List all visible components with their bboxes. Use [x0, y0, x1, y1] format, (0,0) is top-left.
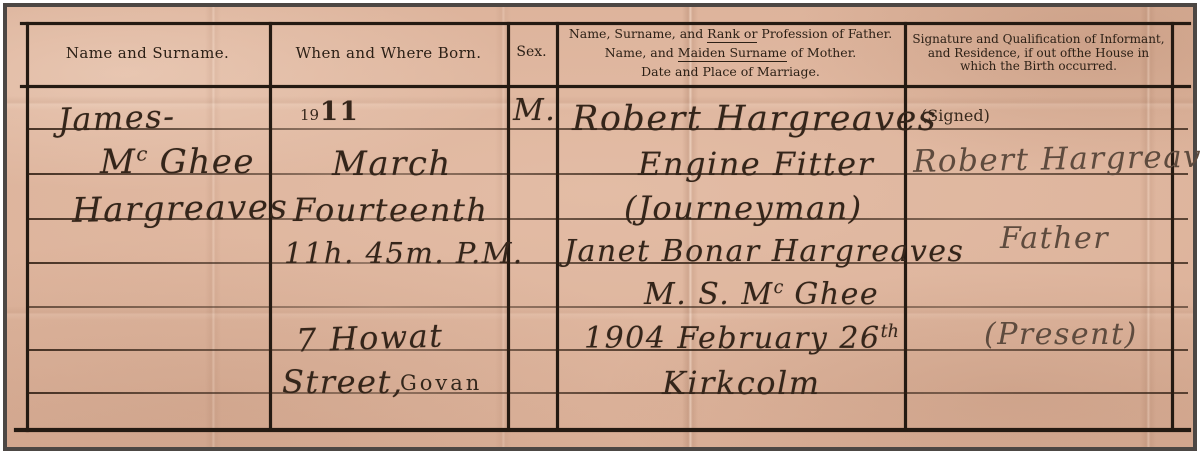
header-parents-line2-post: of Mother.: [787, 45, 856, 60]
header-parents-line1-underlined: Rank or: [707, 26, 757, 43]
maiden-prefix: M. S. M: [644, 277, 774, 312]
year-prefix-printed: 19: [300, 106, 319, 124]
entry-marriage-date: 1904 February 26th: [584, 321, 899, 356]
marriage-date-main: 1904 February 26: [584, 321, 881, 356]
entry-sex: M.: [513, 93, 556, 128]
header-when-where-born-label: When and Where Born.: [296, 44, 482, 62]
table-bottom-border: [14, 428, 1191, 432]
header-name-surname: Name and Surname.: [26, 44, 269, 62]
entry-father-occupation-note: (Journeyman): [624, 189, 863, 227]
informant-signature: Robert Hargreaves: [913, 138, 1200, 180]
entry-father-name: Robert Hargreaves: [572, 99, 937, 139]
column-divider: [904, 22, 907, 430]
entry-middle-name-rest: Ghee: [147, 142, 255, 182]
entry-middle-name: Mc Ghee: [100, 142, 255, 182]
entry-mother-name: Janet Bonar Hargreaves: [564, 234, 964, 269]
birth-register-scan: Name and Surname. When and Where Born. S…: [0, 0, 1200, 453]
header-parents-line3: Date and Place of Marriage.: [557, 62, 904, 81]
header-parents-line2-pre: Name, and: [605, 45, 678, 60]
header-parents: Name, Surname, and Rank or Profession of…: [557, 24, 904, 81]
column-divider: [507, 22, 510, 430]
signed-label-printed: (Signed): [921, 106, 990, 125]
entry-birth-month: March: [332, 144, 452, 184]
entry-father-occupation: Engine Fitter: [638, 145, 874, 183]
entry-forename: James-: [57, 97, 176, 139]
header-sex: Sex.: [507, 44, 556, 60]
entry-mother-maiden-surname: M. S. Mc Ghee: [644, 277, 879, 312]
marriage-date-sup: th: [881, 322, 899, 342]
header-informant-line2: and Residence, if out ofthe House in: [905, 47, 1172, 61]
header-parents-line1: Name, Surname, and Rank or Profession of…: [557, 24, 904, 43]
header-parents-line1-post: Profession of Father.: [757, 26, 892, 41]
table-left-border: [26, 22, 29, 432]
entry-address-line2: Street,: [282, 363, 403, 401]
header-informant-line3: which the Birth occurred.: [905, 60, 1172, 74]
maiden-rest: Ghee: [783, 277, 879, 312]
maiden-sup: c: [774, 278, 784, 298]
header-parents-line2: Name, and Maiden Surname of Mother.: [557, 43, 904, 62]
entry-surname: Hargreaves: [72, 187, 289, 231]
ruled-line: [28, 392, 1188, 394]
address-town-stamp: Govan: [400, 371, 482, 395]
header-parents-line2-underlined: Maiden Surname: [678, 45, 787, 62]
entry-middle-name-prefix: M: [100, 142, 136, 182]
column-divider: [556, 22, 559, 430]
ruled-line: [28, 306, 1188, 308]
header-sex-label: Sex.: [516, 44, 546, 60]
header-name-surname-label: Name and Surname.: [66, 44, 229, 62]
entry-birth-time: 11h. 45m. P.M.: [284, 236, 524, 270]
header-parents-line1-pre: Name, Surname, and: [569, 26, 707, 41]
informant-qualification: Father: [1000, 221, 1109, 256]
header-informant: Signature and Qualification of Informant…: [905, 33, 1172, 74]
header-when-where-born: When and Where Born.: [270, 44, 507, 62]
entry-year: 11: [320, 97, 359, 127]
header-bottom-border: [20, 85, 1191, 88]
entry-middle-name-sup: c: [136, 143, 147, 166]
table-right-border: [1171, 22, 1174, 430]
entry-address-line1: 7 Howat: [295, 316, 444, 359]
informant-presence: (Present): [984, 317, 1138, 352]
header-informant-line1: Signature and Qualification of Informant…: [905, 33, 1172, 47]
entry-marriage-place: Kirkcolm: [662, 364, 821, 402]
entry-birth-day: Fourteenth: [293, 191, 488, 229]
